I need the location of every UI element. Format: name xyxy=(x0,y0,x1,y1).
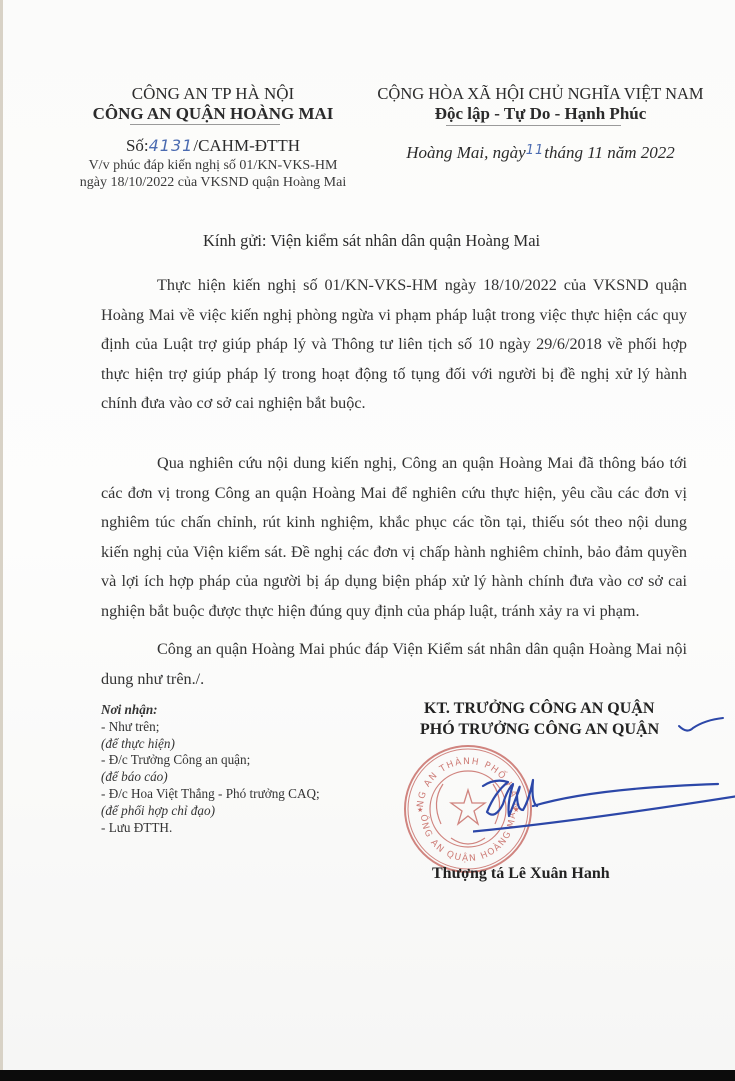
recipients-block: Nơi nhận: - Như trên; (để thực hiện) - Đ… xyxy=(101,702,320,836)
agency-underline xyxy=(130,124,280,125)
recipient-item: - Lưu ĐTTH. xyxy=(101,820,320,837)
nation-title: CỘNG HÒA XÃ HỘI CHỦ NGHĨA VIỆT NAM xyxy=(343,84,735,104)
doc-number-prefix: Số: xyxy=(126,136,149,155)
national-motto: Độc lập - Tự Do - Hạnh Phúc xyxy=(343,104,735,124)
svg-text:★: ★ xyxy=(417,806,423,814)
salutation: Kính gửi: Viện kiểm sát nhân dân quận Ho… xyxy=(203,231,540,251)
agency-parent: CÔNG AN TP HÀ NỘI xyxy=(43,84,383,104)
doc-number-suffix: /CAHM-ĐTTH xyxy=(193,136,300,155)
body-paragraph-1: Thực hiện kiến nghị số 01/KN-VKS-HM ngày… xyxy=(101,271,687,419)
recipient-item: - Đ/c Hoa Việt Thắng - Phó trưởng CAQ; xyxy=(101,786,320,803)
motto-underline xyxy=(446,125,621,126)
document-number: Số:4131/CAHM-ĐTTH xyxy=(43,136,383,156)
signature-title-2: PHÓ TRƯỞNG CÔNG AN QUẬN xyxy=(420,719,659,741)
agency-name: CÔNG AN QUẬN HOÀNG MAI xyxy=(43,104,383,124)
recipient-item: - Như trên; xyxy=(101,719,320,736)
date-day-handwritten: 11 xyxy=(526,143,545,158)
scan-bottom-edge xyxy=(0,1070,735,1081)
recipient-item: - Đ/c Trưởng Công an quận; xyxy=(101,752,320,769)
body-paragraph-3: Công an quận Hoàng Mai phúc đáp Viện Kiể… xyxy=(101,635,687,694)
recipient-note: (để báo cáo) xyxy=(101,769,320,786)
date-suffix: tháng 11 năm 2022 xyxy=(544,143,675,162)
initial-mark-icon xyxy=(677,716,727,736)
document-page: CÔNG AN TP HÀ NỘI CÔNG AN QUẬN HOÀNG MAI… xyxy=(0,0,735,1070)
subject-line-1: V/v phúc đáp kiến nghị số 01/KN-VKS-HM xyxy=(43,157,383,174)
body-paragraph-2: Qua nghiên cứu nội dung kiến nghị, Công … xyxy=(101,449,687,626)
recipients-title: Nơi nhận: xyxy=(101,702,320,719)
recipient-note: (để thực hiện) xyxy=(101,736,320,753)
document-date: Hoàng Mai, ngày11tháng 11 năm 2022 xyxy=(343,143,735,163)
recipient-note: (để phối hợp chỉ đạo) xyxy=(101,803,320,820)
date-prefix: Hoàng Mai, ngày xyxy=(406,143,525,162)
handwritten-signature-icon xyxy=(473,760,735,840)
signer-name: Thượng tá Lê Xuân Hanh xyxy=(432,863,610,885)
signature-title-1: KT. TRƯỞNG CÔNG AN QUẬN xyxy=(424,698,654,720)
doc-number-handwritten: 4131 xyxy=(149,136,194,155)
subject-line-2: ngày 18/10/2022 của VKSND quận Hoàng Mai xyxy=(43,174,383,191)
